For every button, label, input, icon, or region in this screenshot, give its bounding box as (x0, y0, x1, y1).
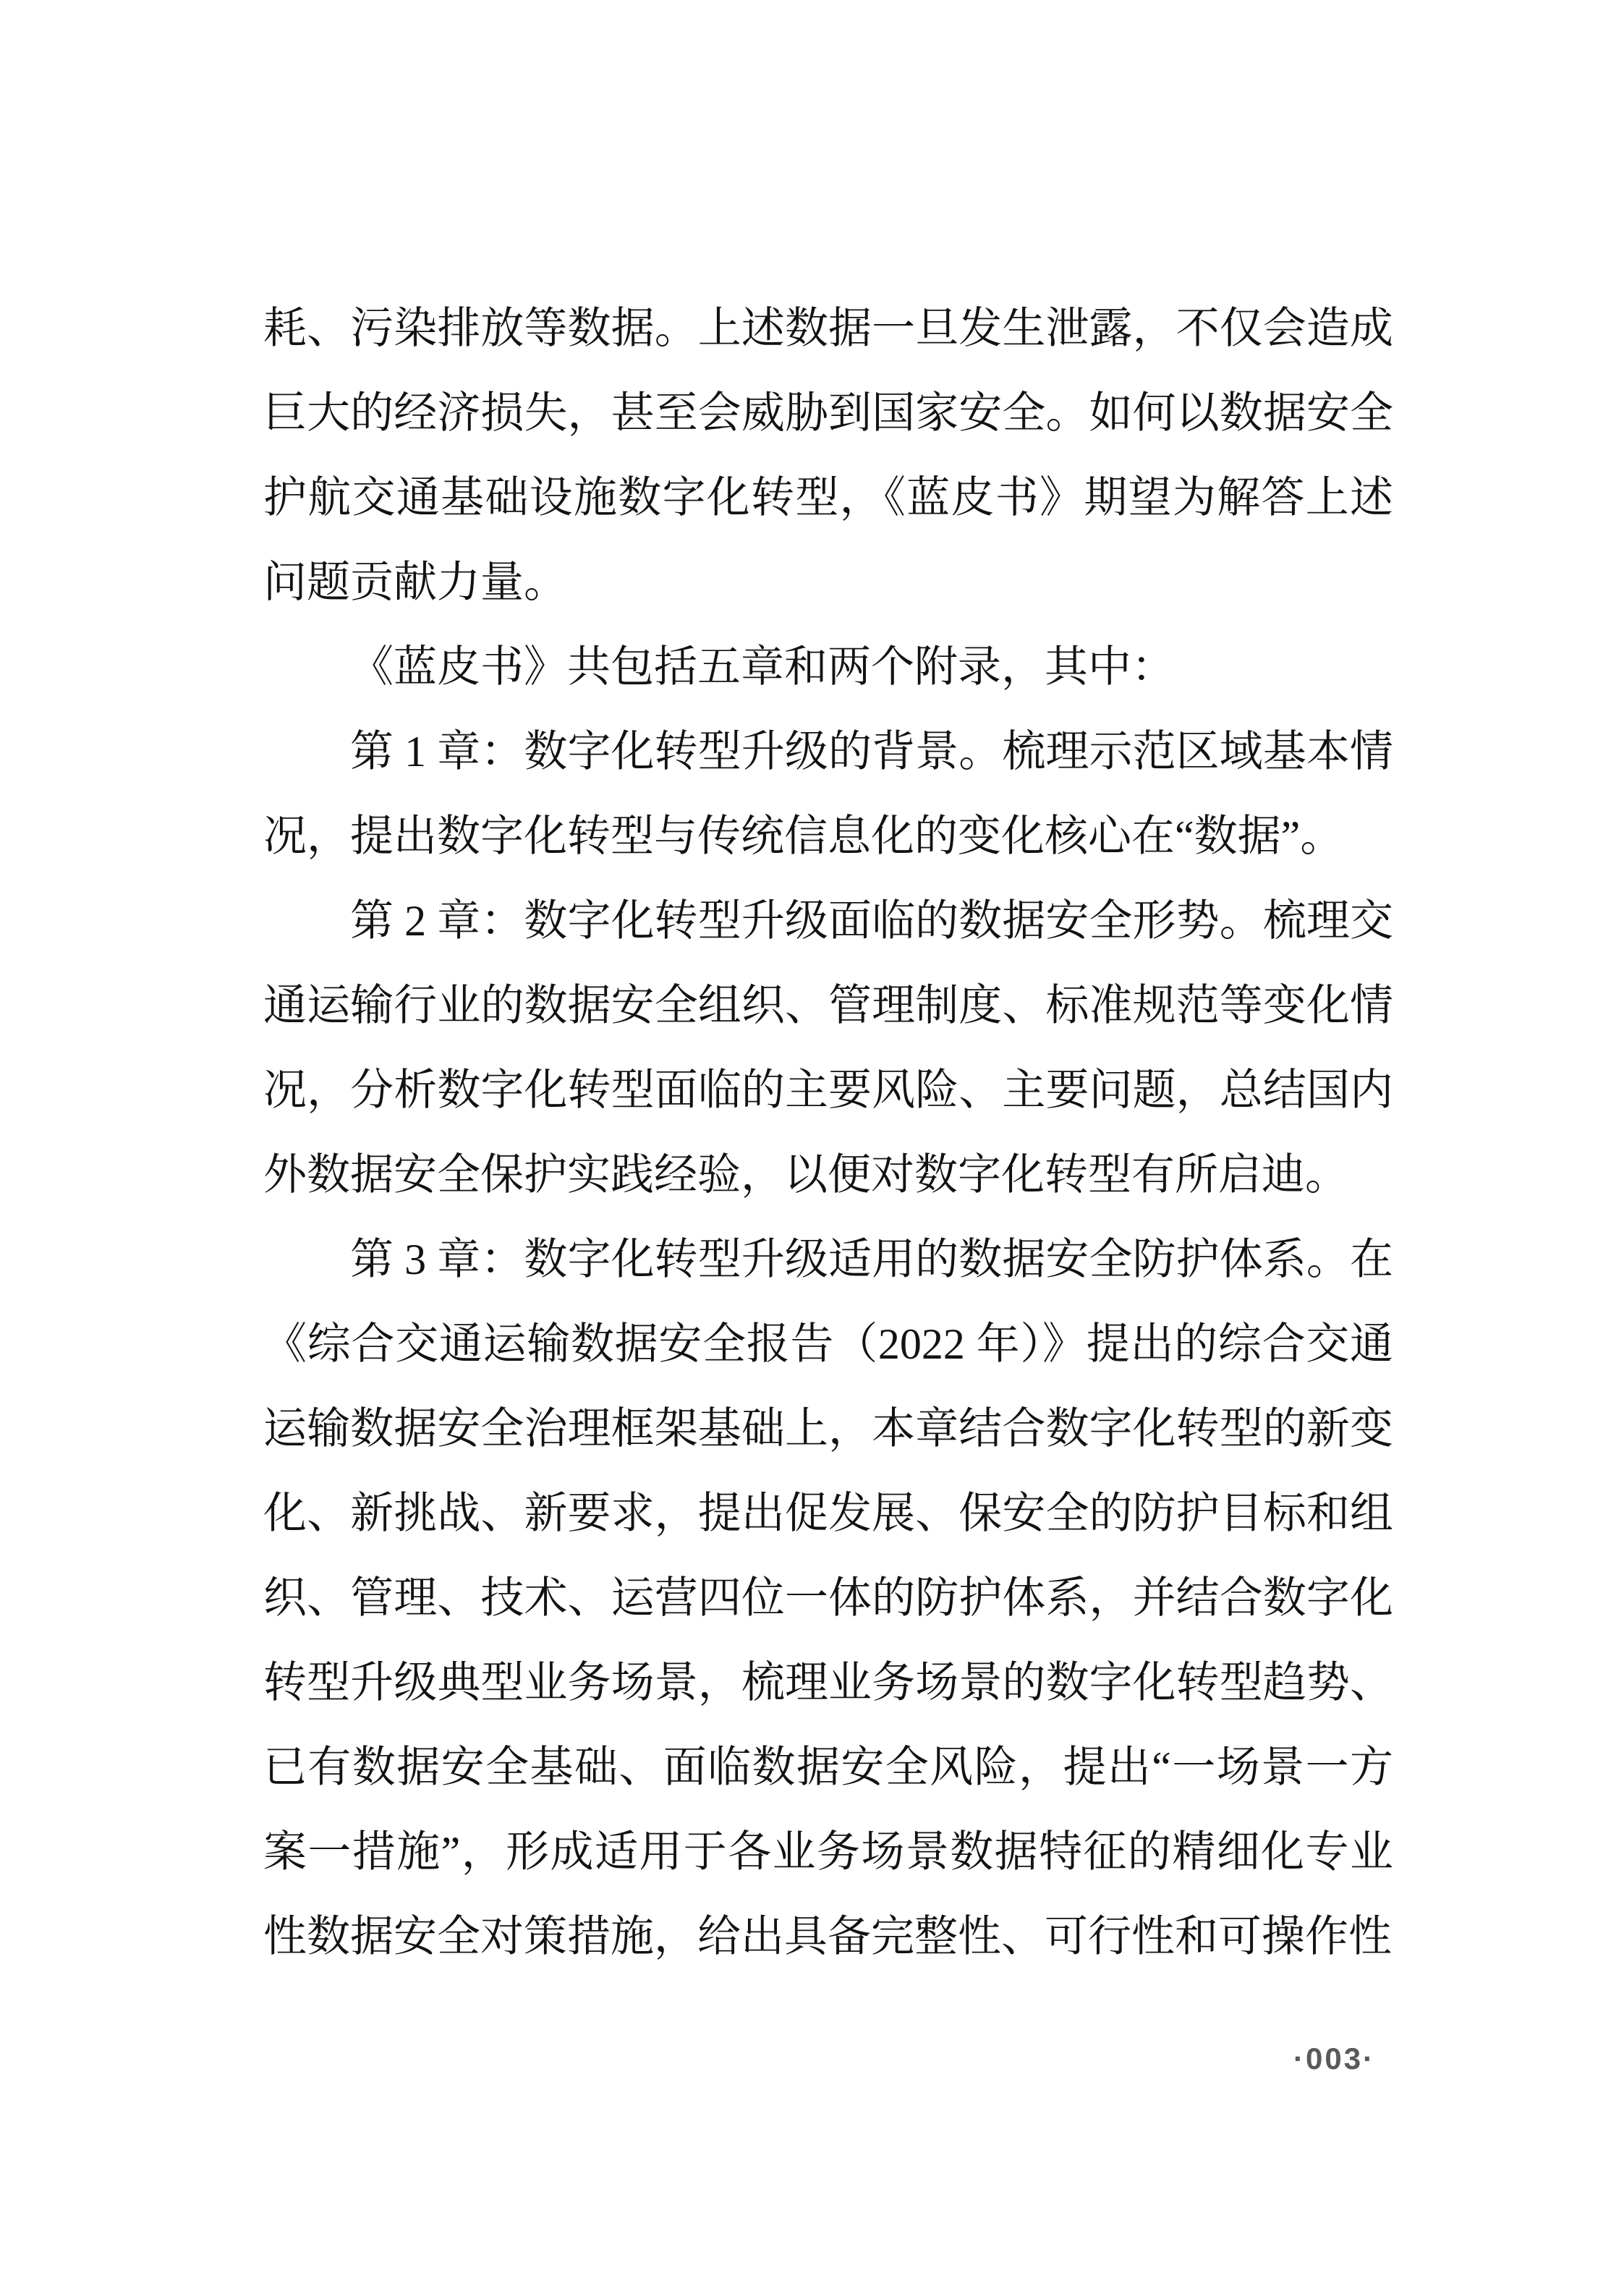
body-paragraph: 《蓝皮书》共包括五章和两个附录，其中： (263, 625, 1393, 710)
text-column: 耗、污染排放等数据。上述数据一旦发生泄露，不仅会造成巨大的经济损失，甚至会威胁到… (263, 286, 1393, 1979)
body-paragraph: 第 2 章：数字化转型升级面临的数据安全形势。梳理交通运输行业的数据安全组织、管… (263, 879, 1393, 1218)
document-page: 耗、污染排放等数据。上述数据一旦发生泄露，不仅会造成巨大的经济损失，甚至会威胁到… (0, 0, 1624, 2273)
body-paragraph: 第 1 章：数字化转型升级的背景。梳理示范区域基本情况，提出数字化转型与传统信息… (263, 710, 1393, 879)
page-number: ·003· (1293, 2042, 1375, 2076)
body-paragraph: 耗、污染排放等数据。上述数据一旦发生泄露，不仅会造成巨大的经济损失，甚至会威胁到… (263, 286, 1393, 625)
body-paragraph: 第 3 章：数字化转型升级适用的数据安全防护体系。在《综合交通运输数据安全报告（… (263, 1218, 1393, 1979)
